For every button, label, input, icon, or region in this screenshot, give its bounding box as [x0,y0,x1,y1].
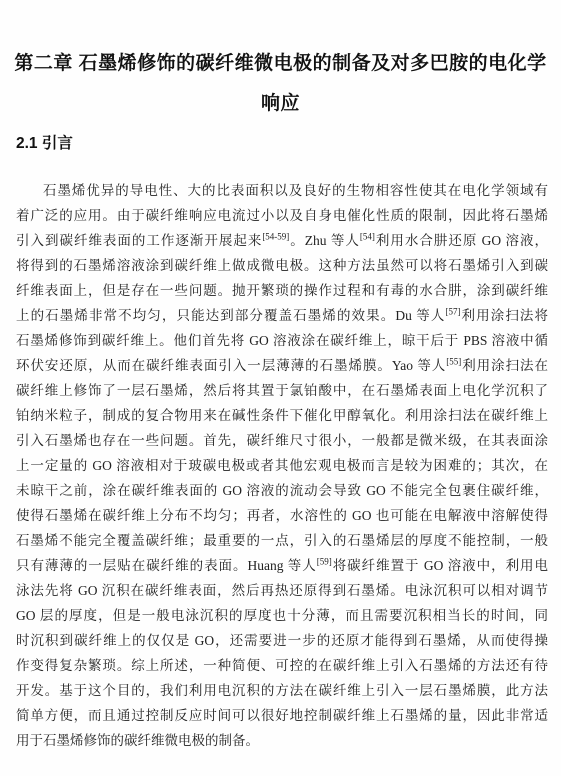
text-run: 上一定量的 GO 溶液相对于玻碳电极或者其他宏观电极而言是较为困难的；其次，在 [16,458,548,473]
text-run: 利用涂扫法在 [461,358,548,373]
text-run: 用于石墨烯修饰的碳纤维微电极的制备。 [16,733,259,748]
paragraph-line: 石墨烯不能完全覆盖碳纤维；最重要的一点，引入的石墨烯层的厚度不能控制，一般 [16,528,548,553]
text-run: 将碳纤维置于 GO 溶液中，利用电 [332,558,548,573]
paragraph-line: 只有薄薄的一层贴在碳纤维的表面。Huang 等人[59]将碳纤维置于 GO 溶液… [16,553,548,578]
section-heading: 2.1 引言 [0,133,561,155]
citation-ref: [55] [446,357,461,367]
paragraph-line: 作变得复杂繁琐。综上所述，一种简便、可控的在碳纤维上引入石墨烯的方法还有待 [16,653,548,678]
paragraph-line: 开发。基于这个目的，我们利用电沉积的方法在碳纤维上引入一层石墨烯膜，此方法 [16,678,548,703]
paragraph-line: 使得石墨烯在碳纤维上分布不均匀；再者，水溶性的 GO 也可能在电解液中溶解使得 [16,503,548,528]
text-run: 泳法先将 GO 沉积在碳纤维表面，然后再热还原得到石墨烯。电泳沉积可以相对调节 [16,583,548,598]
paragraph-line: 简单方便，而且通过控制反应时间可以很好地控制碳纤维上石墨烯的量，因此非常适 [16,703,548,728]
paragraph-line: 环伏安还原，从而在碳纤维表面引入一层薄薄的石墨烯膜。Yao 等人[55]利用涂扫… [16,353,548,378]
paragraph-line: 时沉积到碳纤维上的仅仅是 GO，还需要进一步的还原才能得到石墨烯，从而使得操 [16,628,548,653]
paragraph-line: 碳纤维上修饰了一层石墨烯，然后将其置于氯铂酸中，在石墨烯表面上电化学沉积了 [16,378,548,403]
citation-ref: [57] [445,307,460,317]
text-run: 石墨烯不能完全覆盖碳纤维；最重要的一点，引入的石墨烯层的厚度不能控制，一般 [16,533,548,548]
paragraph-line: 上一定量的 GO 溶液相对于玻碳电极或者其他宏观电极而言是较为困难的；其次，在 [16,453,548,478]
text-run: 将得到的石墨烯溶液涂到碳纤维上做成微电极。这种方法虽然可以将石墨烯引入到碳 [16,258,548,273]
paragraph-line: 纤维表面上，但是存在一些问题。抛开繁琐的操作过程和有毒的水合肼，涂到碳纤维 [16,278,548,303]
paragraph-line: 石墨烯优异的导电性、大的比表面积以及良好的生物相容性使其在电化学领域有 [16,178,548,203]
paragraph-line: 用于石墨烯修饰的碳纤维微电极的制备。 [16,728,548,753]
text-run: 作变得复杂繁琐。综上所述，一种简便、可控的在碳纤维上引入石墨烯的方法还有待 [16,658,548,673]
paragraph-line: 引入石墨烯也存在一些问题。首先，碳纤维尺寸很小，一般都是微米级，在其表面涂 [16,428,548,453]
paragraph-line: 将得到的石墨烯溶液涂到碳纤维上做成微电极。这种方法虽然可以将石墨烯引入到碳 [16,253,548,278]
text-run: 简单方便，而且通过控制反应时间可以很好地控制碳纤维上石墨烯的量，因此非常适 [16,708,548,723]
text-run: 着广泛的应用。由于碳纤维响应电流过小以及自身电催化性质的限制，因此将石墨烯 [16,208,548,223]
paragraph-line: 引入到碳纤维表面的工作逐渐开展起来[54-59]。Zhu 等人[54]利用水合肼… [16,228,548,253]
chapter-title-line1: 第二章 石墨烯修饰的碳纤维微电极的制备及对多巴胺的电化学 [14,44,547,84]
text-run: GO 层的厚度，但是一般电泳沉积的厚度也十分薄，而且需要沉积相当长的时间，同 [16,608,548,623]
text-run: 利用水合肼还原 GO 溶液， [375,233,548,248]
citation-ref: [59] [317,557,332,567]
document-page: 第二章 石墨烯修饰的碳纤维微电极的制备及对多巴胺的电化学 响应 2.1 引言 石… [0,0,561,776]
text-run: 碳纤维上修饰了一层石墨烯，然后将其置于氯铂酸中，在石墨烯表面上电化学沉积了 [16,383,548,398]
text-run: 开发。基于这个目的，我们利用电沉积的方法在碳纤维上引入一层石墨烯膜，此方法 [16,683,548,698]
text-run: 石墨烯修饰到碳纤维上。他们首先将 GO 溶液涂在碳纤维上，晾干后于 PBS 溶液… [16,333,548,348]
paragraph-line: 上的石墨烯非常不均匀，只能达到部分覆盖石墨烯的效果。Du 等人[57]利用涂扫法… [16,303,548,328]
text-run: 时沉积到碳纤维上的仅仅是 GO，还需要进一步的还原才能得到石墨烯，从而使得操 [16,633,548,648]
text-run: 引入到碳纤维表面的工作逐渐开展起来 [16,233,262,248]
text-run: 未晾干之前，涂在碳纤维表面的 GO 溶液的流动会导致 GO 不能完全包裹住碳纤维… [16,483,548,498]
paragraph-line: 未晾干之前，涂在碳纤维表面的 GO 溶液的流动会导致 GO 不能完全包裹住碳纤维… [16,478,548,503]
paragraph-line: 石墨烯修饰到碳纤维上。他们首先将 GO 溶液涂在碳纤维上，晾干后于 PBS 溶液… [16,328,548,353]
text-run: 环伏安还原，从而在碳纤维表面引入一层薄薄的石墨烯膜。Yao 等人 [16,358,446,373]
text-run: 石墨烯优异的导电性、大的比表面积以及良好的生物相容性使其在电化学领域有 [43,183,548,198]
paragraph-line: 泳法先将 GO 沉积在碳纤维表面，然后再热还原得到石墨烯。电泳沉积可以相对调节 [16,578,548,603]
chapter-title: 第二章 石墨烯修饰的碳纤维微电极的制备及对多巴胺的电化学 响应 [0,0,561,124]
paragraph-line: 着广泛的应用。由于碳纤维响应电流过小以及自身电催化性质的限制，因此将石墨烯 [16,203,548,228]
text-run: 引入石墨烯也存在一些问题。首先，碳纤维尺寸很小，一般都是微米级，在其表面涂 [16,433,548,448]
intro-paragraph: 石墨烯优异的导电性、大的比表面积以及良好的生物相容性使其在电化学领域有着广泛的应… [0,155,561,753]
text-run: 铂纳米粒子，制成的复合物用来在碱性条件下催化甲醇氧化。利用涂扫法在碳纤维上 [16,408,548,423]
text-run: 。Zhu 等人 [289,233,360,248]
citation-ref: [54] [360,232,375,242]
text-run: 只有薄薄的一层贴在碳纤维的表面。Huang 等人 [16,558,317,573]
citation-ref: [54-59] [262,232,289,242]
text-run: 使得石墨烯在碳纤维上分布不均匀；再者，水溶性的 GO 也可能在电解液中溶解使得 [16,508,548,523]
text-run: 纤维表面上，但是存在一些问题。抛开繁琐的操作过程和有毒的水合肼，涂到碳纤维 [16,283,548,298]
text-run: 上的石墨烯非常不均匀，只能达到部分覆盖石墨烯的效果。Du 等人 [16,308,445,323]
paragraph-line: GO 层的厚度，但是一般电泳沉积的厚度也十分薄，而且需要沉积相当长的时间，同 [16,603,548,628]
text-run: 利用涂扫法将 [460,308,548,323]
chapter-title-line2: 响应 [14,84,547,124]
paragraph-line: 铂纳米粒子，制成的复合物用来在碱性条件下催化甲醇氧化。利用涂扫法在碳纤维上 [16,403,548,428]
